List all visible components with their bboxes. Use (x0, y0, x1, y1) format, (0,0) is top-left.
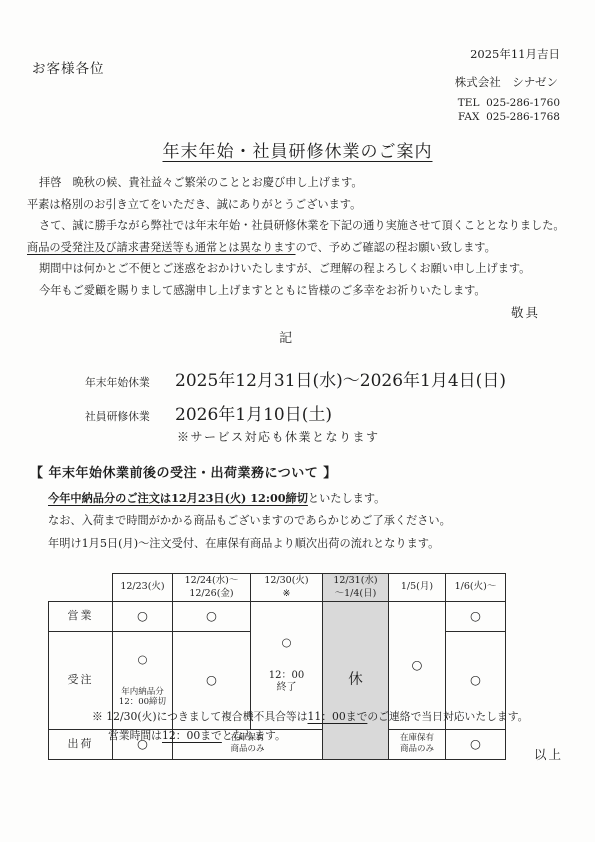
body-text: 拝啓 晩秋の候、貴社益々ご繁栄のこととお慶び申し上げます。 平素は格別のお引き立… (27, 172, 573, 302)
section-stock-note: なお、入荷まで時間がかかる商品もございますのであらかじめご了承ください。 (48, 512, 451, 528)
document-date: 2025年11月吉日 (470, 46, 560, 62)
table-corner-cell (49, 574, 113, 602)
cell-shipping-0105: 在庫保有 商品のみ (389, 729, 446, 759)
holiday-newyear-dates: 2025年12月31日(水)～2026年1月4日(日) (175, 366, 506, 391)
footnote2-pre: 営業時間は (108, 729, 162, 742)
closing-keigu: 敬具 (511, 303, 540, 321)
order-deadline-rest: といたします。 (308, 492, 385, 505)
company-name: 株式会社 シナゼン (455, 74, 558, 90)
document-title-text: 年末年始・社員研修休業のご案内 (163, 142, 433, 162)
end-mark-ijou: 以上 (534, 745, 563, 763)
holiday-newyear-label: 年末年始休業 (85, 375, 175, 390)
footnote-line1: ※ 12/30(火)につきまして複合機不具合等は11：00までのご連絡で当日対応… (92, 709, 528, 724)
cell-sales-1223: ○ (113, 602, 173, 632)
holiday-training-label: 社員研修休業 (85, 409, 175, 424)
document-page: 2025年11月吉日 お客様各位 株式会社 シナゼン TEL 025-286-1… (0, 0, 595, 842)
col-header-1230: 12/30(火) ※ (251, 574, 323, 602)
row-header-shipping: 出荷 (49, 729, 113, 759)
section-order-deadline: 今年中納品分のご注文は12月23日(火) 12:00締切といたします。 (48, 490, 385, 506)
paragraph-announcement: さて、誠に勝手ながら弊社では年末年始・社員研修休業を下記の通り実施させて頂くこと… (27, 215, 573, 237)
cell-orders-1223-circle-mark: ○ (113, 653, 172, 666)
cell-sales-1224-26: ○ (173, 602, 251, 632)
col-header-1224-26: 12/24(水)～ 12/26(金) (173, 574, 251, 602)
cell-1230-circle-mark: ○ (251, 636, 322, 649)
col-header-1223: 12/23(火) (113, 574, 173, 602)
holiday-training-date: 2026年1月10日(土) (175, 400, 332, 425)
notice-rest: ので、予めご確認の程お願い致します。 (296, 241, 496, 254)
recipient: お客様各位 (32, 57, 105, 77)
cell-closed-1231-0104: 休 (323, 602, 389, 760)
footnote2-post: となります。 (222, 729, 286, 742)
company-fax: FAX 025-286-1768 (458, 111, 560, 123)
record-mark-ki: 記 (0, 327, 571, 346)
col-header-0106: 1/6(火)～ (446, 574, 506, 602)
footnote1-pre: ※ 12/30(火)につきまして複合機不具合等は (92, 710, 308, 723)
notice-underlined: 商品の受発注及び請求書発送等も通常とは異なります (27, 241, 296, 254)
paragraph-gratitude: 今年もご愛顧を賜りまして感謝申し上げますとともに皆様のご多幸をお祈りいたします。 (27, 280, 573, 302)
cell-orders-1223-deadline: 年内納品分 12：00締切 (113, 687, 172, 708)
paragraph-apology: 期間中は何かとご不便とご迷惑をおかけいたしますが、ご理解の程よろしくお願い申し上… (27, 258, 573, 280)
cell-sales-0106: ○ (446, 602, 506, 632)
section-heading: 【 年末年始休業前後の受注・出荷業務について 】 (30, 462, 337, 481)
holiday-newyear-line: 年末年始休業 2025年12月31日(水)～2026年1月4日(日) (85, 366, 506, 391)
paragraph-notice: 商品の受発注及び請求書発送等も通常とは異なりますので、予めご確認の程お願い致しま… (27, 237, 573, 259)
company-tel: TEL 025-286-1760 (458, 97, 560, 109)
col-header-0105: 1/5(月) (389, 574, 446, 602)
document-title: 年末年始・社員研修休業のご案内 (0, 137, 595, 162)
section-newyear-flow: 年明け1月5日(月)～注文受付、在庫保有商品より順次出荷の流れとなります。 (48, 535, 439, 551)
cell-1230-end-time: 12：00 終了 (251, 670, 322, 695)
cell-shipping-0106: ○ (446, 729, 506, 759)
order-deadline-underlined: 今年中納品分のご注文は12月23日(火) 12:00締切 (48, 491, 308, 505)
footnote-line2: 営業時間は12：00までとなります。 (108, 728, 286, 743)
footnote1-post: のご連絡で当日対応いたします。 (367, 710, 528, 723)
paragraph-thanks: 平素は格別のお引き立てをいただき、誠にありがとうございます。 (27, 194, 573, 216)
col-header-1231-0104: 12/31(水) ～1/4(日) (323, 574, 389, 602)
footnote2-time-underlined: 12：00まで (162, 729, 222, 742)
holiday-service-note: ※サービス対応も休業となります (177, 428, 380, 445)
holiday-training-line: 社員研修休業 2026年1月10日(土) (85, 400, 332, 425)
footnote1-time-underlined: 11：00まで (308, 710, 368, 723)
row-header-sales: 営業 (49, 602, 113, 632)
paragraph-greeting: 拝啓 晩秋の候、貴社益々ご繁栄のこととお慶び申し上げます。 (27, 172, 573, 194)
